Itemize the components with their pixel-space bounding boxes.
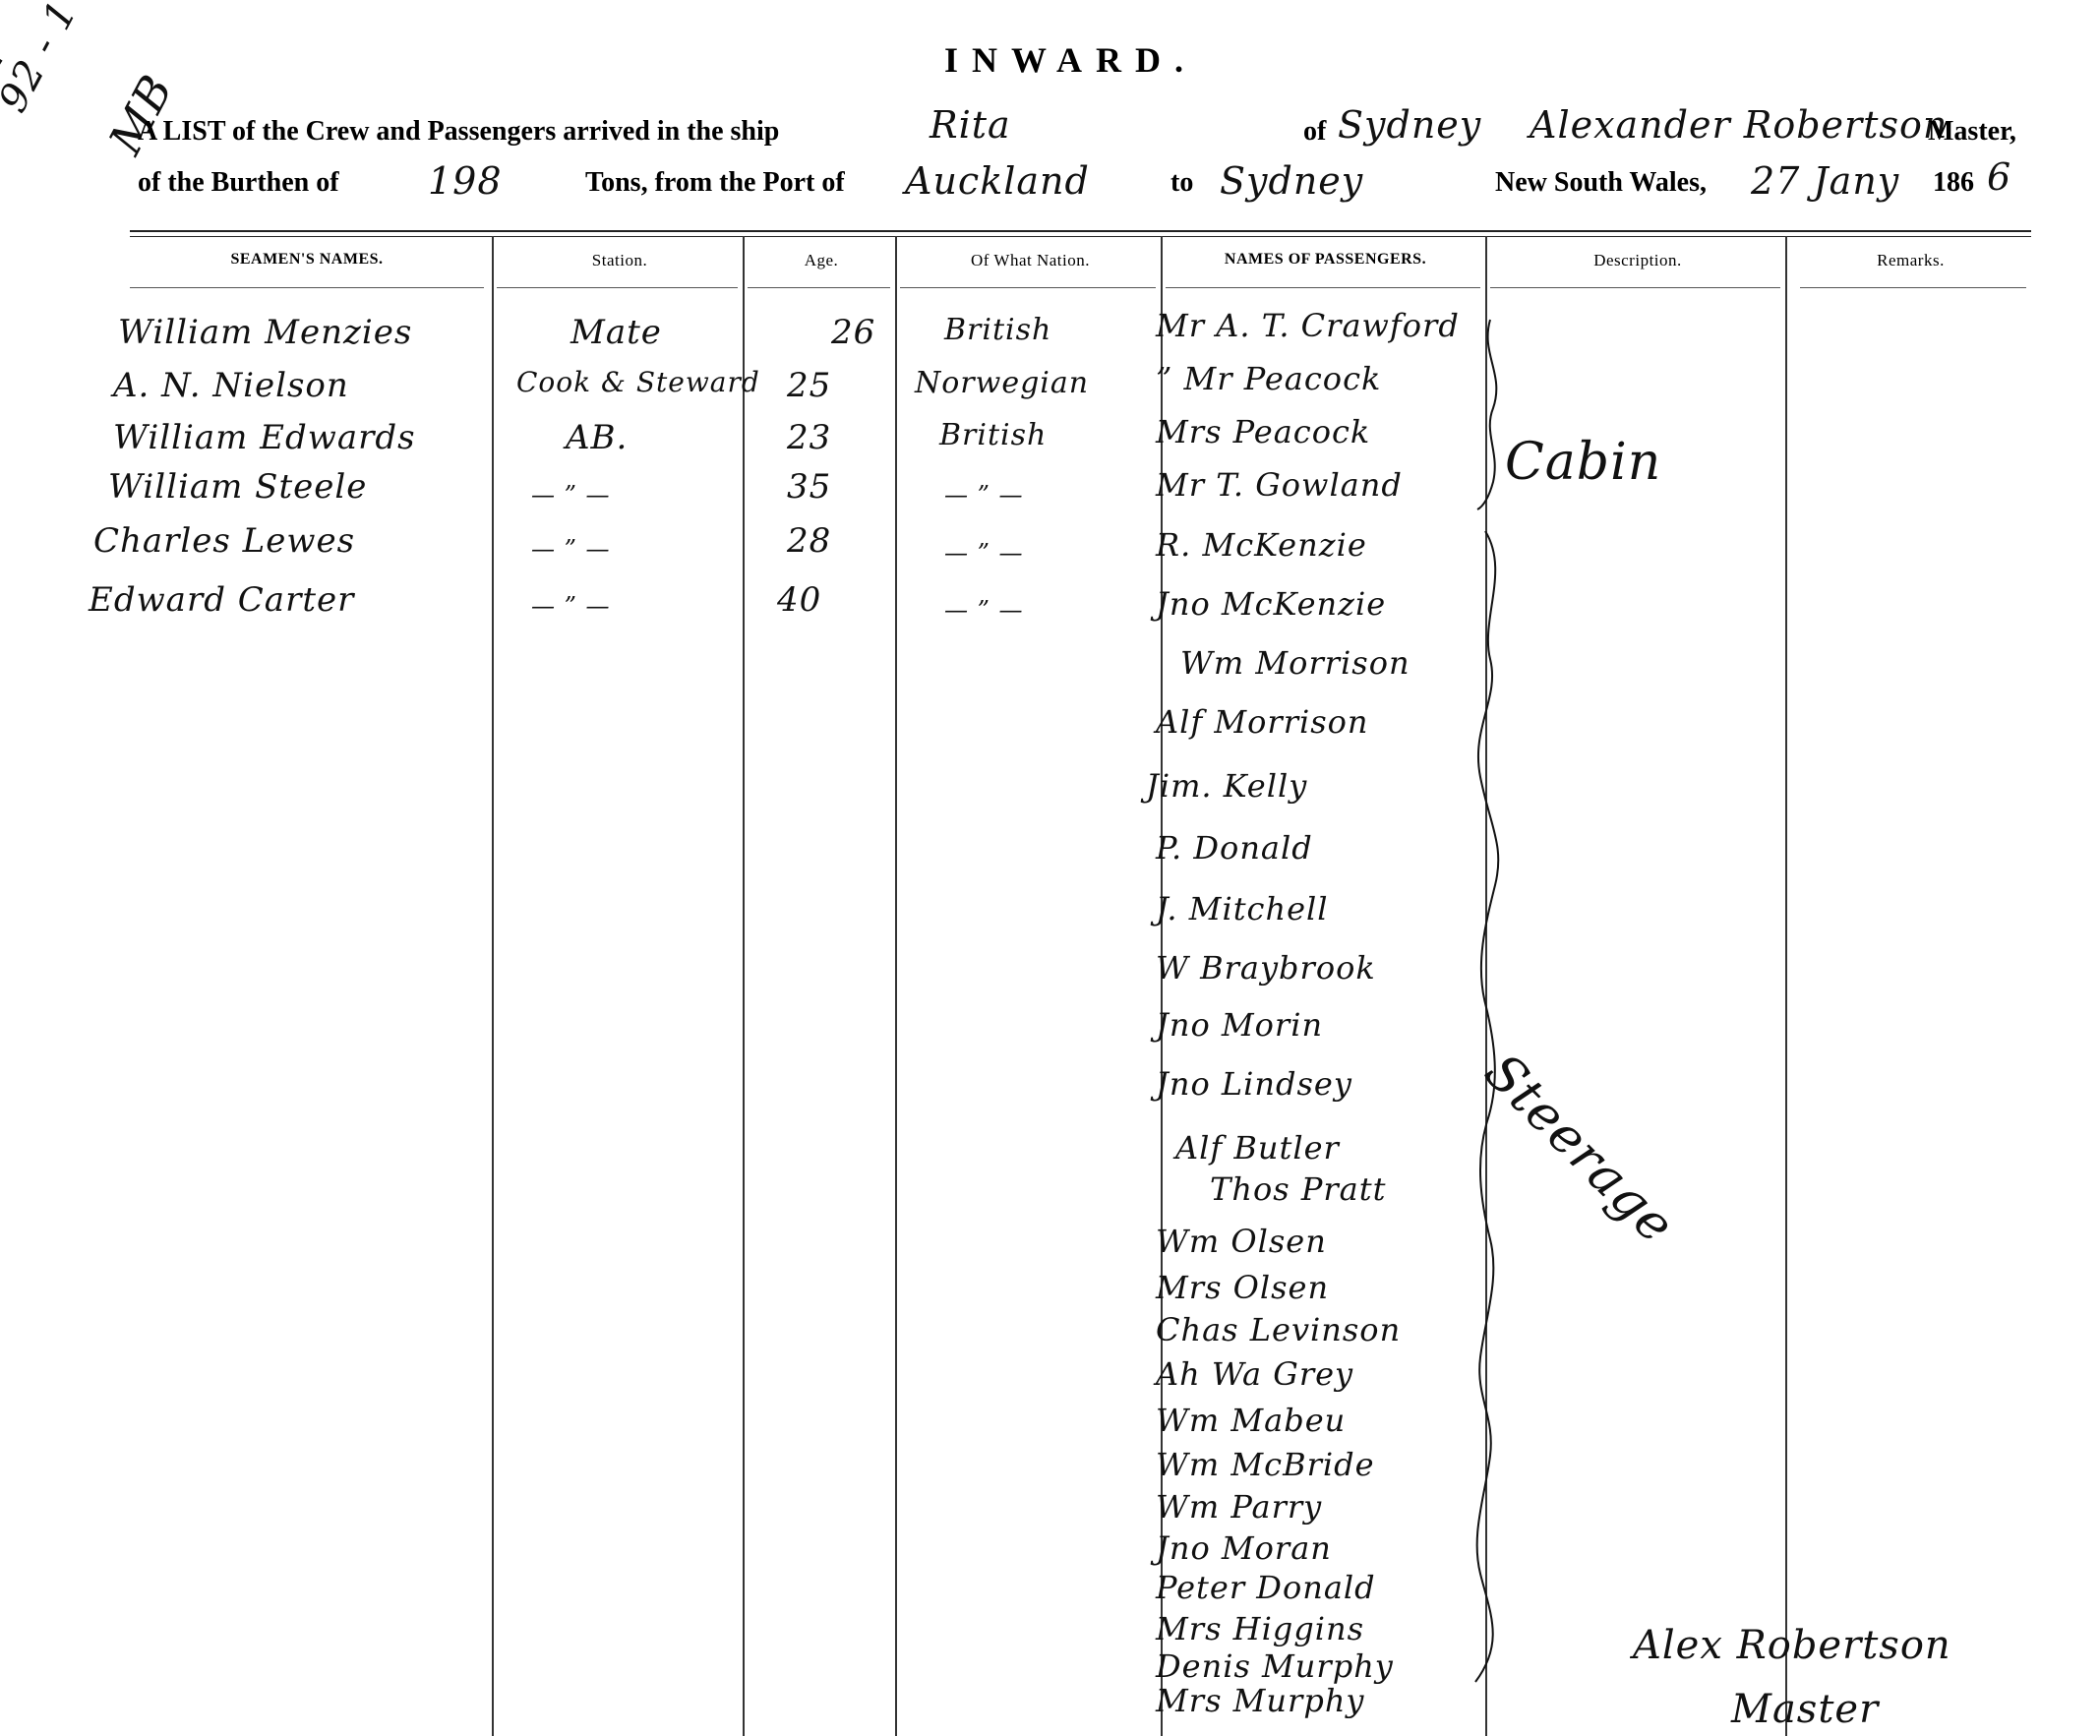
crew-station: Cook & Steward	[516, 366, 760, 398]
passenger-name: Chas Levinson	[1156, 1311, 1401, 1348]
crew-station-ditto: — ” —	[531, 481, 611, 509]
burthen-label: of the Burthen of	[138, 167, 339, 199]
passenger-name: Ah Wa Grey	[1156, 1355, 1353, 1393]
header-age: Age.	[748, 251, 895, 270]
crew-nation-ditto: — ” —	[944, 596, 1024, 624]
document-title: INWARD.	[944, 39, 1197, 81]
from-port: Auckland	[905, 159, 1090, 203]
crew-name: William Menzies	[118, 313, 412, 352]
crew-station: Mate	[570, 313, 662, 352]
passenger-name: Peter Donald	[1156, 1569, 1376, 1606]
line1-prefix: A LIST of the Crew and Passengers arrive…	[138, 116, 779, 147]
passenger-name: Wm Morrison	[1180, 644, 1410, 682]
passenger-name: Jim. Kelly	[1146, 767, 1307, 805]
header-rule-second	[130, 236, 2031, 237]
crew-nation: British	[939, 418, 1047, 452]
header-underline	[497, 287, 738, 288]
crew-station-ditto: — ” —	[531, 535, 611, 563]
tonnage: 198	[428, 159, 503, 203]
passenger-name: Mrs Peacock	[1156, 413, 1370, 450]
crew-station-ditto: — ” —	[531, 592, 611, 620]
crew-nation: Norwegian	[915, 366, 1089, 400]
master-signature-role: Master	[1731, 1687, 1879, 1732]
tons-from-label: Tons, from the Port of	[585, 167, 845, 199]
crew-age: 28	[787, 521, 831, 561]
passenger-name: Denis Murphy	[1156, 1647, 1394, 1685]
master-name: Alexander Robertson	[1530, 103, 1948, 147]
ship-name: Rita	[930, 103, 1011, 147]
passenger-name: Wm Parry	[1156, 1488, 1322, 1526]
header-underline	[900, 287, 1156, 288]
year-printed: 186	[1933, 167, 1974, 199]
passenger-name: Jno Lindsey	[1156, 1065, 1352, 1103]
passenger-name: Wm McBride	[1156, 1446, 1375, 1483]
header-rule-top	[130, 230, 2031, 232]
master-signature: Alex Robertson	[1633, 1623, 1951, 1668]
crew-age: 26	[831, 313, 875, 352]
crew-nation-ditto: — ” —	[944, 481, 1024, 509]
passenger-name: Mrs Olsen	[1156, 1269, 1329, 1306]
header-underline	[1800, 287, 2026, 288]
crew-name: Edward Carter	[89, 580, 354, 620]
crew-age: 35	[787, 467, 831, 507]
passenger-name: Mr T. Gowland	[1156, 466, 1403, 504]
crew-name: A. N. Nielson	[113, 366, 349, 405]
passenger-name: Mr A. T. Crawford	[1156, 307, 1460, 344]
margin-initials: MB	[98, 66, 184, 163]
home-port: Sydney	[1338, 103, 1481, 147]
passenger-name: Wm Mabeu	[1156, 1402, 1346, 1439]
crew-row: Edward Carter — ” — 40 — ” —	[0, 580, 1161, 639]
crew-nation: British	[944, 313, 1051, 347]
passenger-name: Mrs Higgins	[1156, 1610, 1364, 1647]
description-cabin: Cabin	[1505, 433, 1661, 492]
passenger-name: Jno Morin	[1156, 1006, 1323, 1044]
crew-name: William Edwards	[113, 418, 416, 457]
header-remarks: Remarks.	[1790, 251, 2031, 270]
column-divider	[1785, 236, 1787, 1736]
year-handwritten: 6	[1987, 155, 2011, 199]
crew-station: AB.	[566, 418, 628, 457]
passenger-name: Mrs Murphy	[1156, 1682, 1365, 1719]
passenger-name: P. Donald	[1156, 829, 1313, 867]
to-port: Sydney	[1220, 159, 1363, 203]
crew-row: Charles Lewes — ” — 28 — ” —	[0, 521, 1161, 580]
of-label: of	[1303, 116, 1326, 148]
header-underline	[1166, 287, 1480, 288]
passenger-name: Thos Pratt	[1210, 1170, 1386, 1208]
colony-label: New South Wales,	[1495, 167, 1707, 199]
passenger-name: Jno McKenzie	[1156, 585, 1386, 623]
crew-age: 40	[777, 580, 821, 620]
passenger-name: Wm Olsen	[1156, 1223, 1327, 1260]
crew-name: Charles Lewes	[93, 521, 355, 561]
header-passenger-names: NAMES OF PASSENGERS.	[1166, 251, 1485, 269]
crew-age: 25	[787, 366, 831, 405]
passenger-name: W Braybrook	[1156, 949, 1376, 987]
crew-nation-ditto: — ” —	[944, 539, 1024, 567]
passenger-name: R. McKenzie	[1156, 526, 1367, 564]
header-line-1: A LIST of the Crew and Passengers arrive…	[138, 116, 779, 148]
header-station: Station.	[497, 251, 743, 270]
passenger-name: Jno Moran	[1156, 1529, 1332, 1567]
header-nation: Of What Nation.	[900, 251, 1161, 270]
header-seamen-names: SEAMEN'S NAMES.	[130, 251, 484, 269]
header-description: Description.	[1490, 251, 1785, 270]
crew-name: William Steele	[108, 467, 367, 507]
passenger-name: J. Mitchell	[1156, 890, 1328, 928]
header-underline	[130, 287, 484, 288]
arrival-date: 27 Jany	[1751, 159, 1899, 203]
master-label: Master,	[1928, 116, 2016, 148]
margin-reference: 92 - 1 a	[0, 0, 104, 120]
crew-row: William Menzies Mate 26 British	[0, 313, 1161, 372]
header-underline	[1490, 287, 1780, 288]
crew-row: A. N. Nielson Cook & Steward 25 Norwegia…	[0, 366, 1161, 425]
passenger-name: ” Mr Peacock	[1156, 360, 1381, 397]
passenger-name: Alf Morrison	[1156, 703, 1369, 741]
passenger-name: Alf Butler	[1175, 1129, 1340, 1167]
to-label: to	[1170, 167, 1193, 199]
crew-age: 23	[787, 418, 831, 457]
crew-row: William Steele — ” — 35 — ” —	[0, 467, 1161, 526]
header-underline	[748, 287, 890, 288]
